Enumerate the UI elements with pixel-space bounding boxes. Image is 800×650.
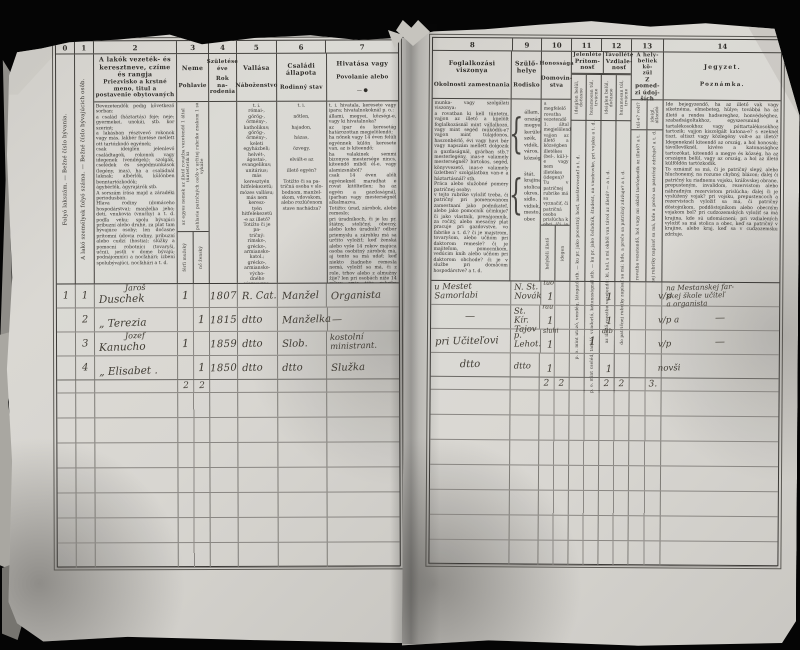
empty-cell: [278, 518, 328, 542]
col-dwelling-number-label: Folyó lakszám. — Bežné číslo bývania.: [56, 54, 76, 283]
brace-group-hu: {állam, ország, megye, kerület, szék, vi…: [514, 111, 539, 163]
left-empty-rows: [57, 392, 400, 568]
col-presence-absence: Jelenléte Prítom- nosť Távolléte Vzdiale…: [571, 52, 633, 281]
empty-cell: [211, 493, 239, 517]
cell-name: JozefKanucho: [95, 332, 179, 355]
col-number: 9: [513, 38, 543, 50]
empty-cell: [278, 493, 328, 517]
empty-cell: [58, 493, 77, 517]
empty-cell: [510, 415, 540, 439]
empty-row: [430, 390, 778, 417]
title-hu: Születése éve: [207, 59, 238, 72]
empty-cell: [540, 416, 570, 440]
empty-cell: [510, 390, 540, 414]
col-religion-title: Vallása Náboženstvo: [237, 54, 276, 102]
empty-cell: [238, 493, 278, 517]
empty-cell: [660, 541, 777, 566]
col-number: 12: [602, 39, 632, 51]
subheader: ideigl. állandó: [648, 100, 663, 129]
cell-birthyear: 1815: [210, 308, 238, 331]
local-subheader: helybéli illető: [541, 226, 556, 281]
cell-employment: dtto: [431, 353, 511, 377]
empty-row: [57, 467, 399, 493]
vertical-label: nő ženský: [199, 246, 204, 269]
census-row: u Mestet Samorlabi N. St. Novák tuo1 1 v…: [431, 281, 779, 307]
brace-glyph: {: [511, 173, 523, 222]
empty-cell: [660, 516, 777, 541]
brace-group-sk: {štát, krajina, stolica, okres, sídlo, v…: [513, 172, 538, 224]
cell-marital: dtto: [278, 356, 328, 379]
empty-cell: [539, 516, 569, 540]
empty-cell: [328, 492, 400, 516]
cell: [278, 380, 328, 392]
cell: [57, 380, 76, 392]
col-of-locals-instructions: túl-e? volt? ideigl. állandó az illető r…: [631, 100, 663, 281]
subcolumn-label: huzamosan túl, trvácne: [617, 75, 631, 121]
cell-of-locals: v/p: [630, 330, 662, 353]
empty-row: [429, 540, 777, 567]
empty-cell: [328, 467, 400, 491]
empty-cell: [239, 518, 279, 542]
cell-sex: 1: [178, 356, 210, 379]
brace-glyph: {: [511, 112, 524, 161]
cell-sex: 1: [178, 284, 210, 307]
cell-person-no: 1: [76, 284, 95, 307]
title-hu: Honossága: [539, 61, 574, 67]
cell-remarks: [661, 354, 778, 378]
empty-cell: [628, 541, 660, 565]
empty-cell: [629, 441, 661, 465]
empty-cell: [661, 466, 778, 491]
title-sk: Z pomed- zi údoj- ších: [633, 77, 662, 103]
empty-cell: [179, 418, 211, 442]
cell-employment: pri Učiteľovi: [431, 329, 511, 353]
empty-cell: [278, 468, 328, 492]
cell-religion: R. Cat.: [238, 284, 278, 307]
empty-cell: [57, 418, 76, 442]
cell-birthyear: 1807: [210, 284, 238, 307]
title-sk: Pohlavie: [179, 83, 207, 90]
empty-cell: [430, 440, 510, 465]
right-empty-rows: [429, 390, 778, 567]
empty-row: [57, 417, 399, 443]
col-occupation-title: Hivatása vagy Povolanie alebo — ●: [327, 53, 399, 101]
subcolumn-label: huzamosan túl, trvácne: [587, 75, 601, 121]
cell-birthyear: 1850: [210, 356, 238, 379]
census-row: 2 „ Terezia 1 1815 dtto Manželka —: [57, 307, 399, 332]
cell-marital: Manželka: [277, 308, 327, 331]
cell-religion: dtto: [238, 356, 278, 379]
title-hu: Szülő- helye: [515, 61, 538, 75]
empty-cell: [599, 391, 629, 415]
cell-absence: 1: [600, 282, 630, 305]
cell-employment: u Mestet Samorlabi: [431, 281, 511, 305]
title-hu: Családi állapota: [278, 63, 325, 77]
empty-cell: [210, 443, 238, 467]
vertical-label: idegen: [561, 245, 566, 261]
empty-cell: [211, 543, 239, 567]
col-number: 13: [632, 39, 664, 51]
cell-birthplace: N. St. Novák: [511, 281, 541, 304]
empty-row: [430, 415, 778, 442]
empty-cell: [278, 393, 328, 417]
cell-person-no: 4: [76, 356, 95, 379]
col-religion-instructions: t. i. római-, görög-, örmény-, katholiku…: [237, 102, 277, 283]
empty-row: [57, 442, 399, 468]
cell-domicile: rau1: [540, 306, 570, 329]
empty-cell: [278, 443, 328, 467]
cell-name: „ Terezia: [95, 308, 178, 331]
cell-name: „ Elisabet .: [95, 356, 179, 379]
empty-row: [430, 465, 778, 492]
place-list-sk: štát, krajina, stolica, okres, sídlo, vi…: [524, 172, 541, 224]
cell-presence: [570, 354, 600, 377]
census-row: 4 „ Elisabet . 1 1850 dtto dtto Služka: [57, 355, 399, 380]
vertical-instruction: pohlavie patričných osôb v určitej rubri…: [195, 102, 205, 231]
empty-cell: [599, 416, 629, 440]
cell: [328, 379, 400, 391]
empty-cell: [569, 491, 599, 515]
empty-cell: [95, 443, 179, 467]
col-presence-title: Jelenléte Prítom- nosť: [572, 52, 604, 73]
census-row: dtto dtto 1 1 novši: [431, 353, 779, 379]
empty-row: [58, 542, 400, 568]
empty-cell: [58, 518, 77, 542]
female-subheader: nő ženský: [194, 232, 209, 283]
cell: [570, 378, 600, 390]
totals-row: 22: [57, 379, 399, 393]
empty-cell: [179, 518, 211, 542]
empty-cell: [179, 493, 211, 517]
col-number: 4: [209, 41, 237, 53]
empty-cell: [661, 416, 778, 441]
empty-cell: [57, 443, 76, 467]
empty-cell: [661, 391, 778, 416]
title-sk: Prítom- nosť: [575, 59, 600, 72]
empty-cell: [429, 540, 509, 565]
cell-sex: 1: [178, 308, 210, 331]
empty-cell: [76, 443, 95, 467]
empty-cell: [570, 391, 600, 415]
place-list-hu: állam, ország, megye, kerület, szék, vid…: [524, 111, 541, 163]
cell-dwelling-no: [57, 332, 76, 355]
cell-person-no: 2: [76, 308, 95, 331]
col-birthyear: Születése éve Rok na- rodenia: [209, 54, 238, 283]
cell-of-locals: novši: [630, 354, 662, 377]
cell-religion: dtto: [238, 332, 278, 355]
empty-cell: [509, 540, 539, 564]
col-religion: Vallása Náboženstvo t. i. római-, görög-…: [237, 54, 278, 283]
right-page: 8 9 10 11 12 13 14 Foglalkozási viszonya…: [402, 19, 800, 650]
cell-absence: 1: [600, 306, 630, 329]
cell: [510, 377, 540, 389]
col-domicile-subheaders: helybéli illető idegen: [541, 225, 570, 281]
empty-cell: [599, 441, 629, 465]
cell-dwelling-no: [57, 356, 76, 379]
empty-cell: [629, 466, 661, 490]
empty-cell: [95, 493, 179, 517]
male-subheader: férfi mužský: [178, 232, 194, 283]
col-remarks-title: Jegyzet. Poznámka.: [664, 52, 781, 101]
cell-dwelling-no: 1: [57, 284, 76, 307]
empty-cell: [629, 491, 661, 515]
empty-cell: [179, 543, 211, 567]
col-sex-instructions: az egyes nemek az illető rovatba vezeten…: [177, 102, 208, 283]
title-sk: Rok na- rodenia: [210, 76, 235, 95]
cell-of-locals: v/p a: [630, 306, 662, 329]
empty-cell: [598, 541, 628, 565]
title-hu: Vallása: [243, 65, 270, 72]
empty-cell: [539, 491, 569, 515]
cell-domicile: sluhi1: [540, 330, 570, 353]
vertical-instruction: az egyes nemek az illető rovatba vezeten…: [181, 102, 191, 231]
empty-row: [430, 490, 778, 517]
empty-row: [58, 492, 400, 518]
subcolumn-label: ideiglen belül, dočasne: [602, 75, 616, 121]
col-number: 11: [572, 39, 602, 51]
empty-cell: [629, 391, 661, 415]
empty-cell: [76, 418, 95, 442]
cell: [76, 380, 95, 392]
cell-occupation: kostolní ministrant.: [327, 331, 399, 354]
col-domicile-instructions: a megfelelő rovatba vezetendő 1. által m…: [541, 100, 571, 281]
cell-birthplace: p. Lehot.: [510, 329, 540, 352]
empty-cell: [599, 516, 629, 540]
empty-cell: [661, 441, 778, 466]
cell-birthplace: dtto: [510, 353, 540, 376]
cell-presence: 1: [570, 330, 600, 353]
empty-cell: [57, 468, 76, 492]
title-mark: — ●: [357, 87, 368, 93]
of-locals-body: az illető rovatba vezetendő, hol vagy mi…: [631, 130, 663, 281]
empty-cell: [430, 415, 510, 440]
empty-cell: [628, 516, 660, 540]
col-number: 14: [664, 39, 781, 52]
title-sk: Vzdiale- nosť: [606, 59, 633, 72]
empty-cell: [430, 465, 510, 490]
vertical-instruction: do patričnej rubriky napísať sa má, kde …: [646, 130, 662, 281]
empty-cell: [328, 392, 400, 416]
empty-cell: [509, 515, 539, 539]
presence-absence-titles: Jelenléte Prítom- nosť Távolléte Vzdiale…: [572, 52, 631, 74]
empty-cell: [76, 468, 95, 492]
col-remarks-instructions: Ide bejegyzendő, ha az illető vak vagy s…: [662, 100, 780, 282]
empty-cell: [278, 418, 328, 442]
col-marital-instructions: t. i. nőtlen, hajadon, házas, özvegy, el…: [277, 102, 326, 283]
cell-occupation: Organista: [327, 283, 399, 306]
empty-row: [57, 392, 399, 418]
title-hu: Neme: [182, 65, 203, 72]
col-number: 2: [94, 41, 178, 53]
empty-cell: [77, 518, 96, 542]
cell-of-locals-totals: 3.: [629, 378, 661, 390]
right-header-band: Foglalkozási viszonya Okolnosti zamestna…: [431, 51, 781, 283]
empty-row: [430, 515, 778, 542]
empty-cell: [178, 393, 210, 417]
census-row: pri Učiteľovi p. Lehot. sluhi1 1 dtb v/p…: [431, 329, 779, 355]
empty-cell: [211, 468, 239, 492]
col-number: 3: [177, 41, 209, 53]
col-number: 1: [75, 41, 94, 53]
cell: [238, 380, 278, 392]
cell: [431, 377, 511, 390]
col-marital-title: Családi állapota Rodinný stav: [277, 54, 326, 102]
vertical-label: férfi mužský: [183, 243, 188, 272]
empty-cell: [569, 516, 599, 540]
col-domicile: Honossága Domovin- stva a megfelelő rova…: [541, 52, 573, 281]
cell-remarks: na Mestanskej far- skej škole učiteľ a o…: [662, 282, 779, 306]
cell-religion: dtto: [238, 308, 278, 331]
vertical-label: Folyó lakszám. — Bežné číslo bývania.: [62, 113, 69, 225]
empty-cell: [430, 390, 510, 415]
left-census-table: 0 1 2 3 4 5 6 7 Folyó lakszám. — Bežné č…: [55, 39, 401, 567]
empty-cell: [238, 468, 278, 492]
empty-cell: [76, 393, 95, 417]
cell-domicile: tuo1: [541, 282, 571, 305]
empty-cell: [660, 491, 777, 516]
empty-cell: [510, 440, 540, 464]
empty-cell: [179, 443, 211, 467]
col-name-title: A lakók vezeték- és keresztneve, czíme é…: [94, 54, 177, 102]
empty-cell: [76, 493, 95, 517]
subcolumn-label: ideiglen belül, dočasne: [572, 75, 586, 121]
empty-cell: [238, 443, 278, 467]
title-sk: Priezvisko a krstné meno, titul a postav…: [95, 79, 175, 99]
cell-of-locals: v/p: [630, 282, 662, 305]
cell-domicile-totals: 22: [540, 378, 570, 390]
empty-cell: [569, 416, 599, 440]
cell-remarks: —: [662, 306, 779, 330]
empty-cell: [539, 441, 569, 465]
col-number: 0: [56, 41, 75, 53]
cell-absence: dtb: [600, 330, 630, 353]
cell-occupation: Služka: [328, 355, 400, 378]
empty-cell: [509, 465, 539, 489]
cell-absence-totals: 22: [600, 378, 630, 390]
col-sex-instruction-body: az egyes nemek az illető rovatba vezeten…: [177, 102, 208, 231]
vertical-label: helybéli illető: [545, 237, 550, 269]
left-header-band: Folyó lakszám. — Bežné číslo bývania. A …: [56, 53, 399, 284]
title-sk: Okolnosti zamestnania: [434, 82, 510, 89]
col-number: 5: [237, 41, 277, 53]
of-locals-subheaders: túl-e? volt? ideigl. állandó: [632, 100, 663, 130]
cell-sex: 1: [178, 332, 210, 355]
empty-cell: [238, 418, 278, 442]
empty-cell: [539, 466, 569, 490]
cell-domicile: 1: [540, 354, 570, 377]
cell-occupation: —: [327, 307, 399, 330]
cell-birthplace: St. Kír. Tajov: [511, 305, 541, 328]
title-sk: Náboženstvo: [235, 83, 277, 90]
empty-cell: [569, 466, 599, 490]
col-person-number-label: A lakó személyek folyó száma. — Bežné čí…: [75, 54, 95, 283]
col-number: 6: [277, 41, 327, 53]
col-of-locals: A hely- beliek kö- zül Z pomed- zi údoj-…: [631, 52, 664, 281]
col-name-instructions: Bevezetendők pedig következő sorban: a c…: [94, 102, 177, 283]
title-hu: Foglalkozási viszonya: [434, 60, 510, 75]
cell-employment: —: [431, 305, 511, 329]
title-hu: A hely- beliek kö- zül: [633, 53, 662, 77]
cell: [95, 380, 179, 392]
empty-cell: [328, 542, 400, 566]
empty-cell: [95, 468, 179, 492]
subheader: túl-e? volt?: [632, 100, 648, 129]
empty-cell: [569, 541, 599, 565]
col-of-locals-title: A hely- beliek kö- zül Z pomed- zi údoj-…: [632, 52, 663, 100]
col-name: A lakók vezeték- és keresztneve, czíme é…: [94, 54, 178, 283]
col-number: 8: [433, 38, 513, 51]
col-occupation: Hivatása vagy Povolanie alebo — ● t. i. …: [327, 53, 399, 282]
census-row: 3 JozefKanucho 1 1859 dtto Slob. kostoln…: [57, 331, 399, 356]
cell-absence: 1: [600, 354, 630, 377]
empty-cell: [629, 416, 661, 440]
col-birthplace: Szülő- helye Rodisko {állam, ország, meg…: [511, 51, 543, 280]
empty-cell: [430, 490, 510, 515]
empty-cell: [57, 393, 76, 417]
col-employment: Foglalkozási viszonya Okolnosti zamestna…: [431, 51, 512, 281]
title-sk: Poznámka.: [700, 82, 745, 89]
col-marital-status: Családi állapota Rodinný stav t. i. nőtl…: [277, 54, 327, 283]
empty-cell: [239, 543, 279, 567]
cell-marital: Slob.: [278, 332, 328, 355]
empty-cell: [599, 466, 629, 490]
col-sex-subheaders: férfi mužský nő ženský: [178, 231, 209, 283]
scanned-book-spread: 0 1 2 3 4 5 6 7 Folyó lakszám. — Bežné č…: [0, 0, 800, 650]
col-remarks: Jegyzet. Poznámka. Ide bejegyzendő, ha a…: [662, 52, 781, 282]
cell-person-no: 3: [76, 332, 95, 355]
col-domicile-title: Honossága Domovin- stva: [542, 52, 571, 100]
col-number: 10: [542, 39, 572, 51]
col-absence-title: Távolléte Vzdiale- nosť: [604, 52, 635, 73]
cell-marital: Manžel: [278, 284, 328, 307]
cell: [661, 378, 778, 391]
empty-cell: [509, 490, 539, 514]
empty-cell: [328, 417, 400, 441]
title-sk: Rodisko: [513, 83, 540, 90]
left-page: 0 1 2 3 4 5 6 7 Folyó lakszám. — Bežné č…: [5, 31, 409, 644]
col-birthyear-title: Születése éve Rok na- rodenia: [209, 54, 236, 102]
empty-cell: [328, 442, 400, 466]
col-sex-title: Neme Pohlavie: [177, 54, 208, 102]
title-sk: Domovin- stva: [541, 76, 573, 89]
col-birthyear-instructions: [209, 102, 237, 283]
empty-cell: [210, 393, 238, 417]
empty-cell: [328, 517, 400, 541]
cell-presence: [571, 282, 601, 305]
empty-row: [58, 517, 400, 543]
empty-cell: [210, 418, 238, 442]
col-birthplace-instructions: {állam, ország, megye, kerület, szék, vi…: [511, 99, 541, 280]
vertical-instruction: az illető rovatba vezetendő, hol vagy mi…: [631, 130, 648, 281]
instruction-paragraph: a megfelelő rovatba vezetendő 1. által m…: [541, 100, 571, 225]
empty-cell: [211, 518, 239, 542]
title-hu: Hivatása vagy: [336, 61, 388, 68]
empty-cell: [95, 418, 179, 442]
col-employment-title: Foglalkozási viszonya Okolnosti zamestna…: [433, 51, 512, 100]
cell-presence: [570, 306, 600, 329]
title-sk: Rodinný stav: [280, 85, 323, 92]
col-sex: Neme Pohlavie az egyes nemek az illető r…: [177, 54, 210, 283]
col-birthplace-title: Szülő- helye Rodisko: [512, 51, 541, 99]
cell-birthyear: 1859: [210, 332, 238, 355]
vertical-label: A lakó személyek folyó száma. — Bežné čí…: [80, 78, 87, 259]
empty-cell: [278, 543, 328, 567]
empty-cell: [430, 515, 510, 540]
right-census-table: 8 9 10 11 12 13 14 Foglalkozási viszonya…: [428, 37, 782, 566]
empty-cell: [179, 468, 211, 492]
col-occupation-instructions: t. i. hivatala, keresete vagy ipara; hiv…: [327, 101, 399, 282]
title-hu: A lakók vezeték- és keresztneve, czíme é…: [95, 57, 175, 79]
